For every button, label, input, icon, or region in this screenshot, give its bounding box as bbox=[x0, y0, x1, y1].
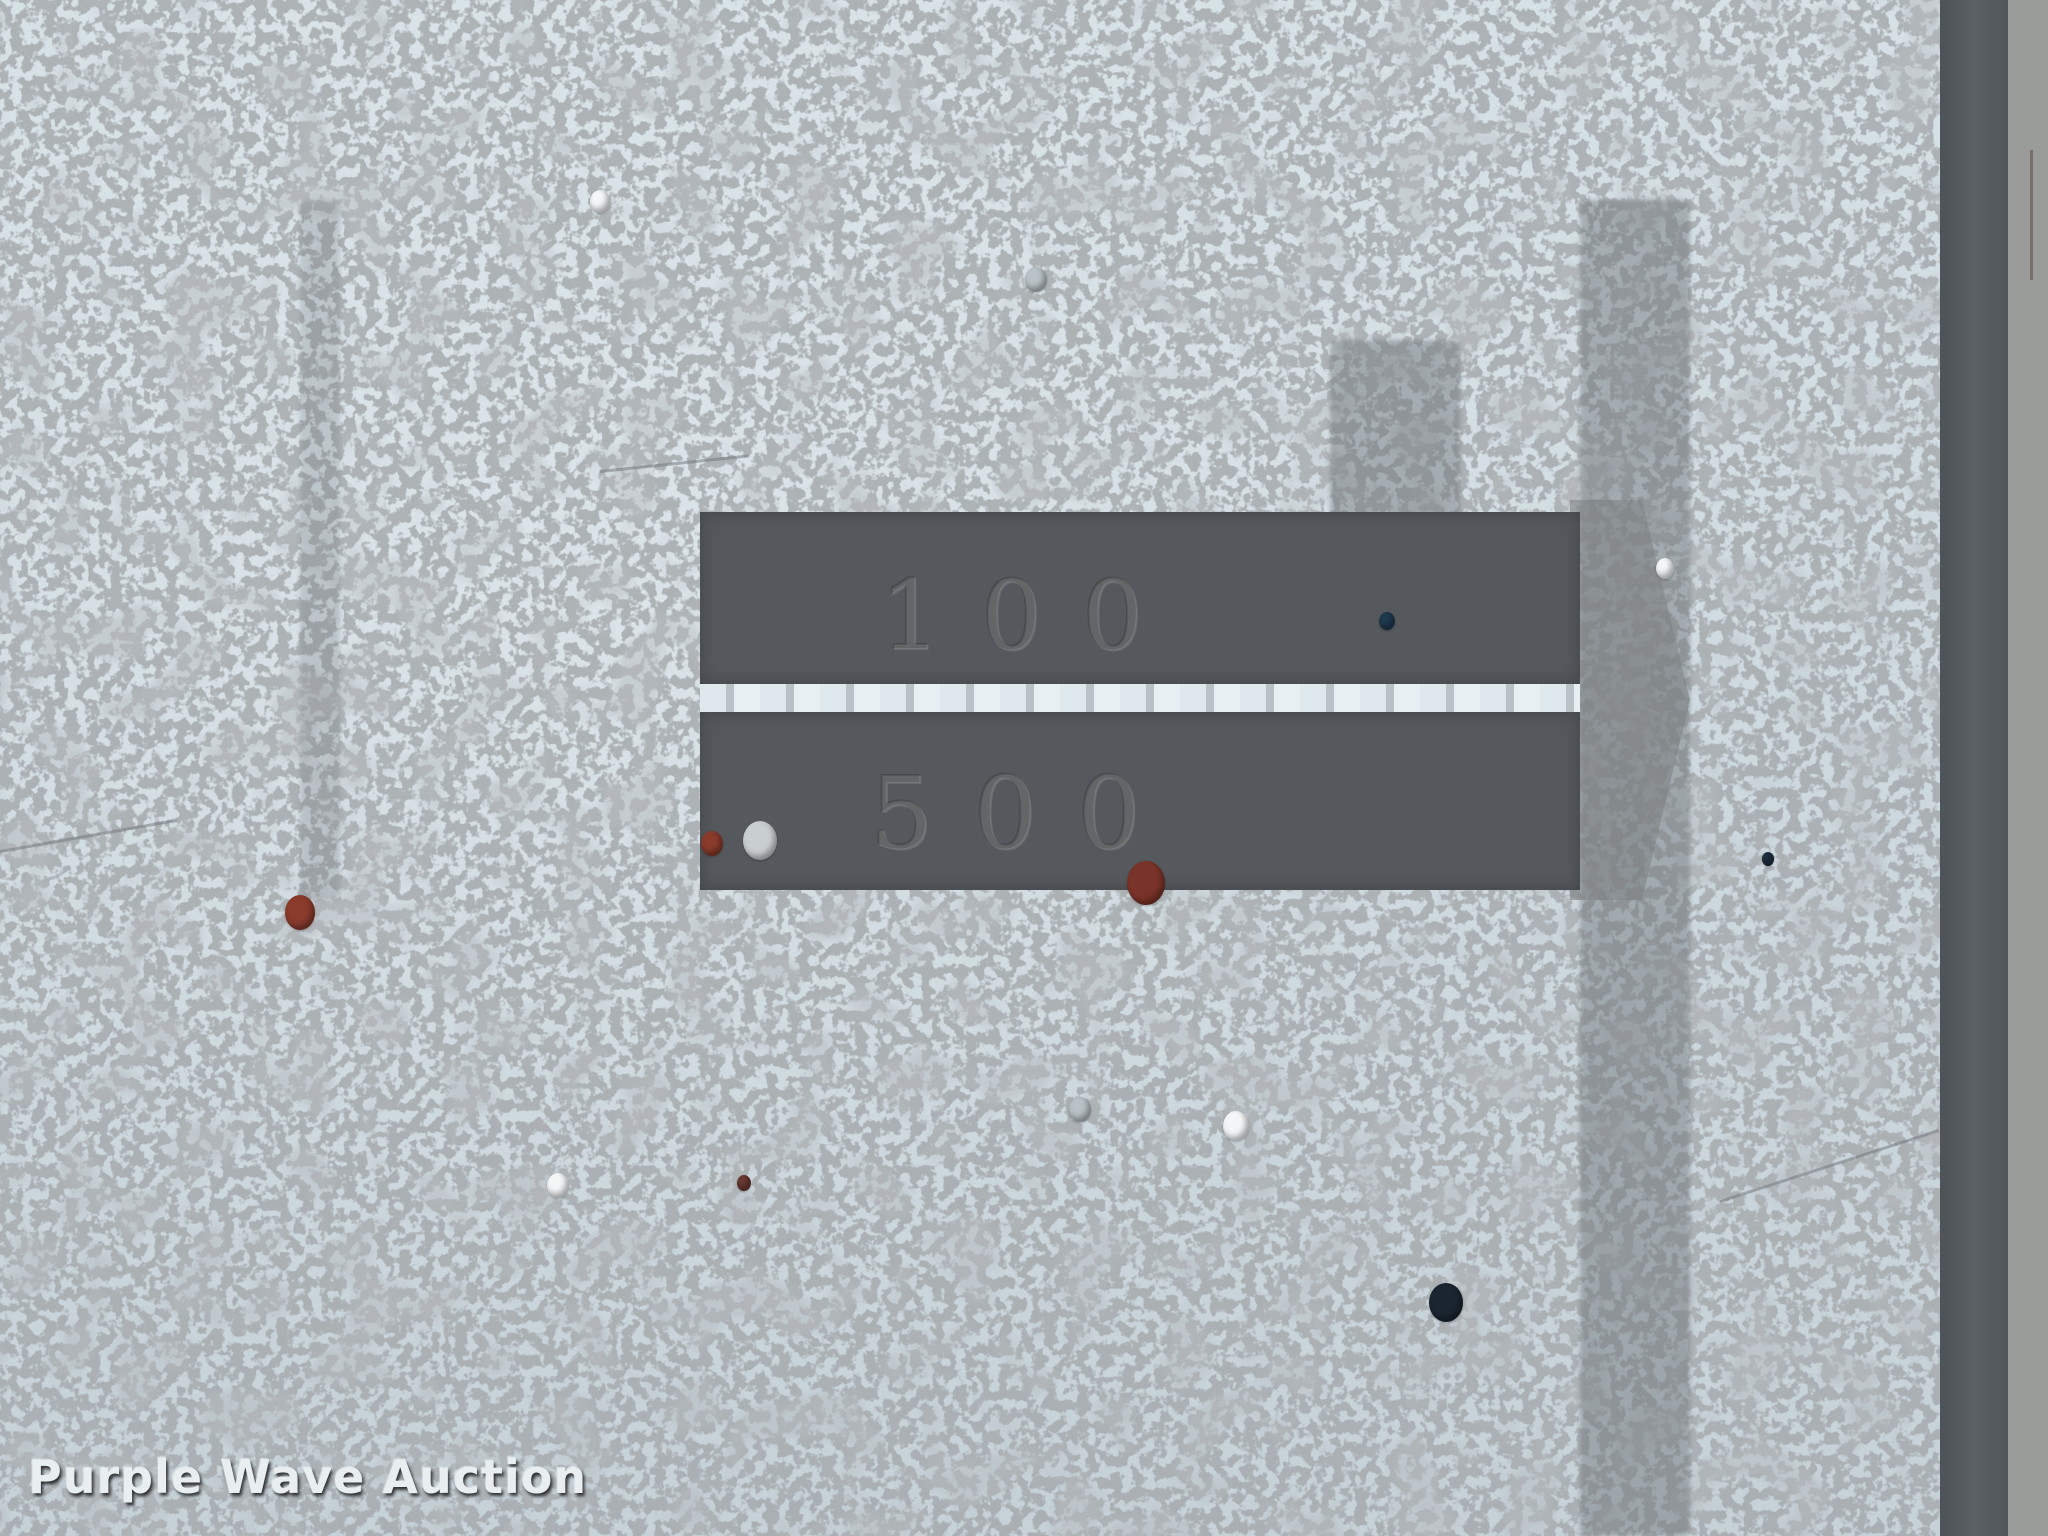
paint-dot bbox=[1069, 1097, 1091, 1122]
paint-dot bbox=[285, 895, 315, 930]
frame-edge bbox=[2008, 0, 2048, 1536]
paint-dot bbox=[1762, 852, 1774, 866]
painted-surface-photo: 100 500 Purple Wave Auction bbox=[0, 0, 2048, 1536]
grime-streak bbox=[300, 200, 340, 900]
watermark: Purple Wave Auction bbox=[28, 1450, 587, 1504]
paint-dot bbox=[1223, 1111, 1249, 1141]
paint-dot bbox=[547, 1173, 569, 1198]
edge-mark bbox=[2030, 150, 2033, 280]
paint-dot bbox=[737, 1175, 751, 1191]
paint-dot bbox=[1429, 1283, 1463, 1322]
embossed-number-bottom: 500 bbox=[870, 755, 1181, 872]
dark-edge-stripe bbox=[1940, 0, 2008, 1536]
grime-streak bbox=[1330, 340, 1460, 540]
embossed-number-top: 100 bbox=[880, 560, 1183, 672]
plate-divider bbox=[700, 684, 1580, 712]
paint-dot bbox=[590, 190, 610, 213]
paint-dot bbox=[701, 831, 723, 856]
paint-dot bbox=[1127, 861, 1165, 905]
paint-dot bbox=[1025, 267, 1047, 292]
paint-dot bbox=[1656, 558, 1674, 579]
paint-dot bbox=[743, 821, 777, 860]
paint-dot bbox=[1379, 612, 1395, 630]
